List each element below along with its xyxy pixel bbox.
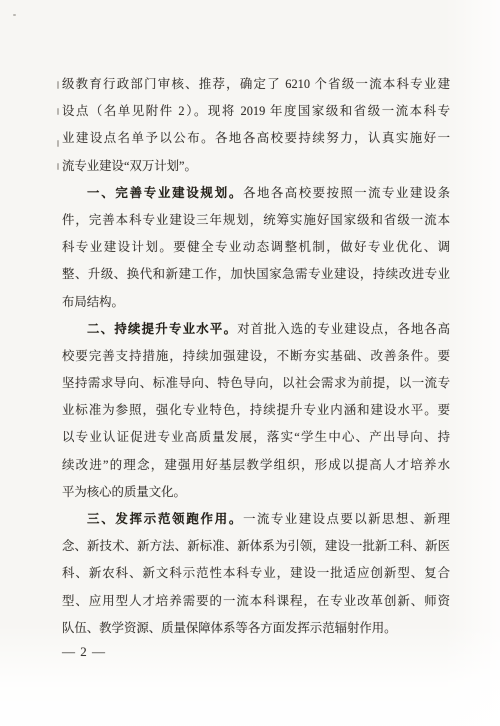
body-text-line: 件，完善本科专业建设三年规划，统筹实施好国家级和省级一流本 bbox=[62, 207, 450, 234]
body-text-line: 坚持需求导向、标准导向、特色导向，以社会需求为前提，以一流专 bbox=[62, 370, 450, 397]
document-body: 级教育行政部门审核、推荐，确定了 6210 个省级一流本科专业建 设点（名单见附… bbox=[62, 71, 450, 642]
body-text-line: 科、新农科、新文科示范性本科专业，建设一批适应创新型、复合 bbox=[62, 560, 450, 587]
body-text-line: 平为核心的质量文化。 bbox=[62, 479, 450, 506]
body-text-line: 业标准为参照，强化专业特色，持续提升专业内涵和建设水平。要 bbox=[62, 397, 450, 424]
scanned-page: 级教育行政部门审核、推荐，确定了 6210 个省级一流本科专业建 设点（名单见附… bbox=[0, 0, 500, 726]
scan-artifact bbox=[57, 81, 59, 89]
line-text: 型、应用型人才培养需要的一流本科课程，在专业改革创新、师资 bbox=[62, 594, 450, 608]
line-text: 级教育行政部门审核、推荐，确定了 6210 个省级一流本科专业建 bbox=[62, 77, 450, 91]
line-text: 以专业认证促进专业高质量发展，落实“学生中心、产出导向、持 bbox=[62, 430, 450, 444]
scan-artifact bbox=[13, 14, 16, 16]
line-text: 一流专业建设点要以新思想、新理 bbox=[243, 512, 450, 526]
scan-artifact bbox=[57, 163, 59, 170]
body-text-line: 型、应用型人才培养需要的一流本科课程，在专业改革创新、师资 bbox=[62, 588, 450, 615]
body-text-line: 科专业建设计划。要健全专业动态调整机制，做好专业优化、调 bbox=[62, 234, 450, 261]
body-text-line: 队伍、教学资源、质量保障体系等各方面发挥示范辐射作用。 bbox=[62, 615, 450, 642]
section-heading-line: 二、持续提升专业水平。对首批入选的专业建设点，各地各高 bbox=[62, 316, 450, 343]
body-text-line: 校要完善支持措施，持续加强建设，不断夯实基础、改善条件。要 bbox=[62, 343, 450, 370]
line-text: 业标准为参照，强化专业特色，持续提升专业内涵和建设水平。要 bbox=[62, 403, 450, 417]
line-text: 业建设点名单予以公布。各地各高校要持续努力，认真实施好一 bbox=[62, 131, 450, 145]
body-text-line: 整、升级、换代和新建工作，加快国家急需专业建设，持续改进专业 bbox=[62, 261, 450, 288]
scan-artifact bbox=[57, 108, 59, 115]
body-text-line: 以专业认证促进专业高质量发展，落实“学生中心、产出导向、持 bbox=[62, 424, 450, 451]
section-heading: 三、发挥示范领跑作用。 bbox=[87, 512, 243, 526]
body-text-line: 设点（名单见附件 2）。现将 2019 年度国家级和省级一流本科专 bbox=[62, 98, 450, 125]
body-text-line: 念、新技术、新方法、新标准、新体系为引领，建设一批新工科、新医 bbox=[62, 533, 450, 560]
body-text-line: 业建设点名单予以公布。各地各高校要持续努力，认真实施好一 bbox=[62, 125, 450, 152]
line-text: 续改进”的理念，建强用好基层教学组织，形成以提高人才培养水 bbox=[62, 458, 450, 472]
line-text: 念、新技术、新方法、新标准、新体系为引领，建设一批新工科、新医 bbox=[62, 539, 450, 553]
line-text: 设点（名单见附件 2）。现将 2019 年度国家级和省级一流本科专 bbox=[62, 104, 450, 118]
line-text: 各地各高校要按照一流专业建设条 bbox=[243, 186, 450, 200]
line-text: 整、升级、换代和新建工作，加快国家急需专业建设，持续改进专业 bbox=[62, 267, 450, 281]
line-text: 布局结构。 bbox=[62, 295, 124, 309]
body-text-line: 续改进”的理念，建强用好基层教学组织，形成以提高人才培养水 bbox=[62, 452, 450, 479]
line-text: 件，完善本科专业建设三年规划，统筹实施好国家级和省级一流本 bbox=[62, 213, 450, 227]
line-text: 平为核心的质量文化。 bbox=[62, 485, 186, 499]
body-text-line: 流专业建设“双万计划”。 bbox=[62, 153, 450, 180]
line-text: 科专业建设计划。要健全专业动态调整机制，做好专业优化、调 bbox=[62, 240, 450, 254]
line-text: 队伍、教学资源、质量保障体系等各方面发挥示范辐射作用。 bbox=[62, 621, 397, 635]
line-text: 对首批入选的专业建设点，各地各高 bbox=[237, 322, 450, 336]
body-text-line: 级教育行政部门审核、推荐，确定了 6210 个省级一流本科专业建 bbox=[62, 71, 450, 98]
body-text-line: 布局结构。 bbox=[62, 289, 450, 316]
page-number: — 2 — bbox=[62, 638, 106, 665]
line-text: 校要完善支持措施，持续加强建设，不断夯实基础、改善条件。要 bbox=[62, 349, 450, 363]
line-text: 坚持需求导向、标准导向、特色导向，以社会需求为前提，以一流专 bbox=[62, 376, 450, 390]
section-heading-line: 三、发挥示范领跑作用。一流专业建设点要以新思想、新理 bbox=[62, 506, 450, 533]
section-heading: 二、持续提升专业水平。 bbox=[87, 322, 237, 336]
line-text: 流专业建设“双万计划”。 bbox=[62, 159, 197, 173]
section-heading-line: 一、完善专业建设规划。各地各高校要按照一流专业建设条 bbox=[62, 180, 450, 207]
line-text: 科、新农科、新文科示范性本科专业，建设一批适应创新型、复合 bbox=[62, 566, 450, 580]
section-heading: 一、完善专业建设规划。 bbox=[87, 186, 243, 200]
scan-artifact bbox=[57, 140, 59, 147]
